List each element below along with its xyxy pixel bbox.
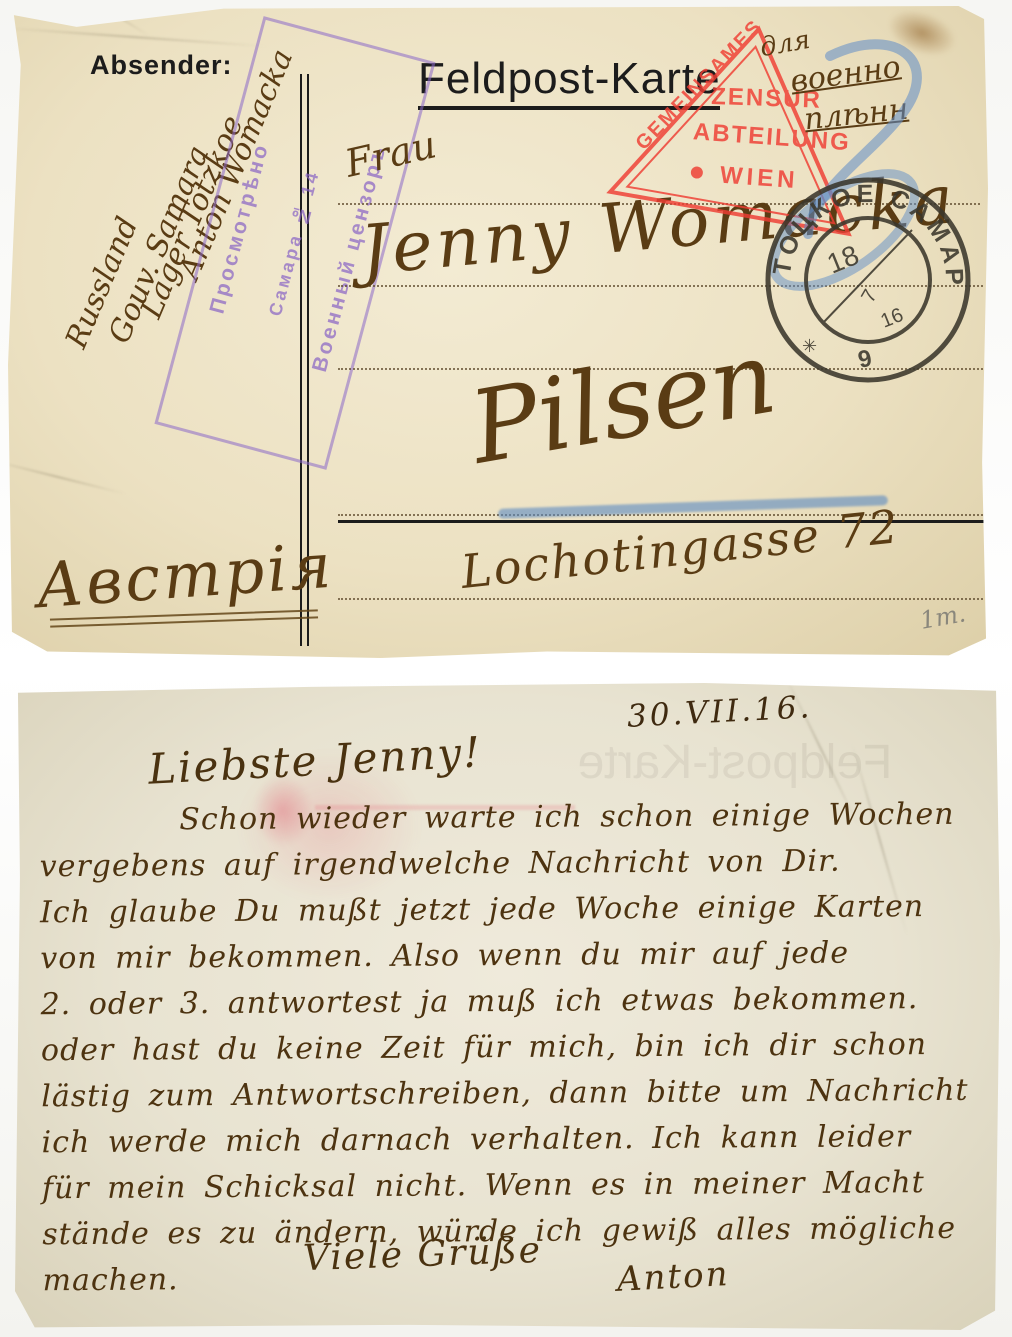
postmark-bottom-digit: 9 bbox=[856, 345, 875, 374]
letter-closing: Viele Grüße bbox=[302, 1231, 542, 1279]
paper-crease bbox=[0, 459, 126, 495]
letter-body-line: für mein Schicksal nicht. Wenn es in mei… bbox=[42, 1166, 982, 1219]
letter-signature: Anton bbox=[616, 1256, 730, 1299]
letter-body-line: Ich glaube Du mußt jetzt jede Woche eini… bbox=[40, 890, 980, 943]
postcard-back: Feldpost-Karte 30.VII.16. Liebste Jenny!… bbox=[15, 683, 1000, 1330]
address-ruled-line bbox=[338, 598, 983, 600]
letter-body-line: oder hast du keine Zeit für mich, bin ic… bbox=[41, 1028, 981, 1081]
absender-label: Absender: bbox=[90, 50, 233, 81]
paper-crease bbox=[0, 27, 268, 48]
purple-stamp-line: Самара № 14 bbox=[265, 168, 324, 319]
svg-text:ТОЦКОЕ САМАР.: ТОЦКОЕ САМАР. bbox=[760, 172, 968, 286]
letter-body-line: ich werde mich darnach verhalten. Ich ka… bbox=[41, 1120, 981, 1173]
postmark-date-mid: 7 bbox=[857, 286, 882, 307]
postmark-date-bottom: 16 bbox=[878, 304, 907, 333]
letter-salutation: Liebste Jenny! bbox=[147, 729, 483, 793]
postmark: ТОЦКОЕ САМАР. 9 ✳ 18 7 16 bbox=[760, 172, 976, 388]
letter-body-line: von mir bekommen. Also wenn du mir auf j… bbox=[40, 936, 980, 989]
ghost-title-bleedthrough: Feldpost-Karte bbox=[480, 735, 990, 790]
postmark-ring-text: ТОЦКОЕ САМАР. bbox=[760, 172, 968, 286]
pencil-mark: 1т. bbox=[918, 600, 968, 634]
address-city: Pilsen bbox=[463, 322, 784, 483]
letter-body-line: lästig zum Antwortschreiben, dann bitte … bbox=[41, 1074, 981, 1127]
postcard-front: Absender: Feldpost-Karte Anton Womacka L… bbox=[8, 6, 988, 658]
red-stamp-dot bbox=[690, 166, 704, 180]
letter-body-line: 2. oder 3. antwortest ja muß ich etwas b… bbox=[41, 982, 981, 1035]
postmark-star: ✳ bbox=[802, 336, 817, 356]
letter-date: 30.VII.16. bbox=[626, 690, 813, 734]
address-country: Австрія bbox=[34, 532, 336, 621]
postmark-date-top: 18 bbox=[823, 239, 864, 279]
letter-body-line: Schon wieder warte ich schon einige Woch… bbox=[39, 798, 979, 851]
letter-body-line: vergebens auf irgendwelche Nachricht von… bbox=[40, 844, 980, 897]
